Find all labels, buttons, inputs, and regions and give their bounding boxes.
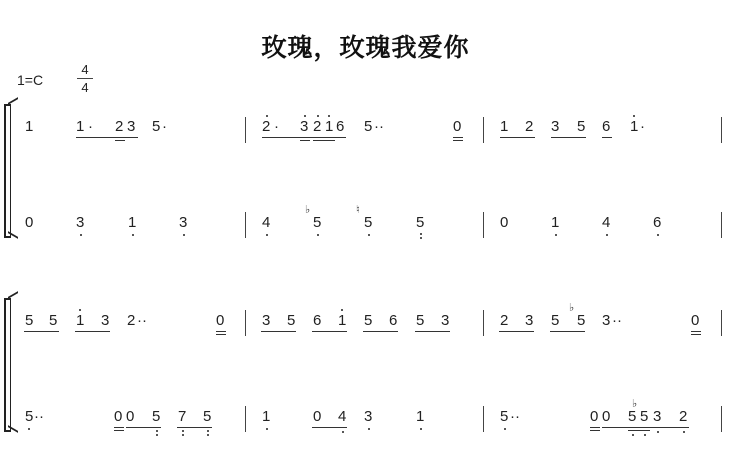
dot-extension: ·· (612, 312, 622, 330)
note: 3 (262, 312, 270, 330)
barline (483, 310, 484, 336)
note: 3 (551, 118, 559, 136)
flat-icon: ♭ (305, 203, 310, 216)
underline (312, 427, 347, 428)
note: 5 (152, 408, 160, 426)
note: 1 (551, 214, 559, 232)
underline (551, 137, 586, 138)
note: 2 (262, 118, 270, 136)
low-dot (644, 434, 646, 436)
time-signature-bottom: 4 (77, 80, 93, 95)
song-title: 玫瑰，玫瑰我爱你 (0, 28, 731, 64)
note: 2 (679, 408, 687, 426)
low-dot (420, 233, 422, 235)
note: 5 (577, 118, 585, 136)
note: 0 (126, 408, 134, 426)
note: 5 (152, 118, 160, 136)
note: 1 (25, 118, 33, 136)
note: 6 (336, 118, 344, 136)
underline (363, 331, 398, 332)
dot-extension: ·· (374, 118, 384, 136)
low-dot (182, 434, 184, 436)
key-signature: 1=C (17, 72, 43, 88)
low-dot (606, 234, 608, 236)
note: 5 (25, 408, 33, 426)
note: 5 (49, 312, 57, 330)
note: 5 (551, 312, 559, 330)
note: 1 (76, 312, 84, 330)
note: 5 (416, 214, 424, 232)
underline (261, 331, 296, 332)
low-dot (368, 234, 370, 236)
low-dot (28, 428, 30, 430)
underline (602, 427, 689, 428)
barline (721, 406, 722, 432)
underline (312, 331, 347, 332)
note: 6 (389, 312, 397, 330)
low-dot (657, 431, 659, 433)
note: 5 (364, 118, 372, 136)
barline (483, 117, 484, 143)
note: 0 (691, 312, 699, 330)
note: 4 (602, 214, 610, 232)
note: 2 (127, 312, 135, 330)
low-dot (182, 430, 184, 432)
underline (453, 137, 463, 138)
note: 3 (300, 118, 308, 136)
underline (75, 331, 110, 332)
note: 1 (416, 408, 424, 426)
note: 0 (313, 408, 321, 426)
high-dot (341, 309, 343, 311)
note: 0 (602, 408, 610, 426)
note: 3 (127, 118, 135, 136)
low-dot (683, 431, 685, 433)
note: 7 (178, 408, 186, 426)
underline (691, 331, 701, 332)
barline (483, 406, 484, 432)
low-dot (266, 428, 268, 430)
note: 0 (216, 312, 224, 330)
low-dot (156, 434, 158, 436)
dot-extension: · (88, 118, 93, 136)
note: 1 (338, 312, 346, 330)
note: 1 (76, 118, 84, 136)
underline (24, 331, 59, 332)
low-dot (80, 234, 82, 236)
note: 2 (115, 118, 123, 136)
note: 5 (577, 312, 585, 330)
low-dot (156, 430, 158, 432)
underline (126, 427, 161, 428)
note: 3 (602, 312, 610, 330)
note: 3 (101, 312, 109, 330)
high-dot (317, 115, 319, 117)
underline (590, 430, 600, 431)
note: 2 (525, 118, 533, 136)
high-dot (633, 115, 635, 117)
note: 0 (500, 214, 508, 232)
note: 5 (500, 408, 508, 426)
note: 3 (76, 214, 84, 232)
low-dot (657, 234, 659, 236)
note: 4 (338, 408, 346, 426)
barline (245, 212, 246, 238)
note: 5 (25, 312, 33, 330)
dot-extension: · (640, 118, 645, 136)
note: 6 (313, 312, 321, 330)
note: 3 (441, 312, 449, 330)
flat-icon: ♭ (569, 301, 574, 314)
barline (721, 310, 722, 336)
time-signature-top: 4 (77, 62, 93, 77)
high-dot (304, 115, 306, 117)
underline (500, 137, 535, 138)
note: 2 (313, 118, 321, 136)
low-dot (183, 234, 185, 236)
note: 3 (525, 312, 533, 330)
low-dot (342, 431, 344, 433)
underline (550, 331, 585, 332)
high-dot (266, 115, 268, 117)
note: 5 (628, 408, 636, 426)
low-dot (132, 234, 134, 236)
underline (300, 140, 310, 141)
note: 1 (128, 214, 136, 232)
barline (483, 212, 484, 238)
note: 5 (203, 408, 211, 426)
time-signature: 4 4 (77, 62, 93, 95)
note: 3 (653, 408, 661, 426)
underline (216, 331, 226, 332)
underline (453, 140, 463, 141)
system-1-brace (4, 104, 11, 238)
underline (76, 137, 138, 138)
note: 5 (313, 214, 321, 232)
underline (602, 137, 612, 138)
note: 1 (500, 118, 508, 136)
dot-extension: ·· (34, 408, 44, 426)
note: 5 (287, 312, 295, 330)
underline (114, 430, 124, 431)
note: 1 (325, 118, 333, 136)
underline (499, 331, 534, 332)
note: 3 (179, 214, 187, 232)
underline (177, 427, 212, 428)
note: 0 (453, 118, 461, 136)
underline (415, 331, 450, 332)
note: 5 (416, 312, 424, 330)
underline (691, 334, 701, 335)
note: 0 (590, 408, 598, 426)
low-dot (207, 430, 209, 432)
note: 5 (364, 312, 372, 330)
dot-extension: ·· (510, 408, 520, 426)
underline (590, 427, 600, 428)
natural-icon: ♮ (356, 203, 360, 216)
note: 5 (640, 408, 648, 426)
underline (628, 430, 650, 431)
low-dot (420, 428, 422, 430)
high-dot (79, 309, 81, 311)
underline (313, 140, 335, 141)
note: 4 (262, 214, 270, 232)
note: 3 (364, 408, 372, 426)
low-dot (420, 237, 422, 239)
dot-extension: ·· (137, 312, 147, 330)
note: 0 (114, 408, 122, 426)
system-2-brace (4, 298, 11, 432)
barline (245, 310, 246, 336)
underline (216, 334, 226, 335)
low-dot (317, 234, 319, 236)
note: 0 (25, 214, 33, 232)
low-dot (368, 428, 370, 430)
low-dot (207, 434, 209, 436)
dot-extension: · (274, 118, 279, 136)
barline (721, 212, 722, 238)
note: 2 (500, 312, 508, 330)
note: 6 (602, 118, 610, 136)
underline (115, 140, 125, 141)
note: 1 (630, 118, 638, 136)
underline (262, 137, 346, 138)
note: 1 (262, 408, 270, 426)
barline (245, 406, 246, 432)
barline (245, 117, 246, 143)
time-signature-line (77, 78, 93, 79)
low-dot (632, 434, 634, 436)
high-dot (328, 115, 330, 117)
underline (114, 427, 124, 428)
low-dot (266, 234, 268, 236)
low-dot (504, 428, 506, 430)
note: 5 (364, 214, 372, 232)
low-dot (555, 234, 557, 236)
note: 6 (653, 214, 661, 232)
dot-extension: · (162, 118, 167, 136)
barline (721, 117, 722, 143)
